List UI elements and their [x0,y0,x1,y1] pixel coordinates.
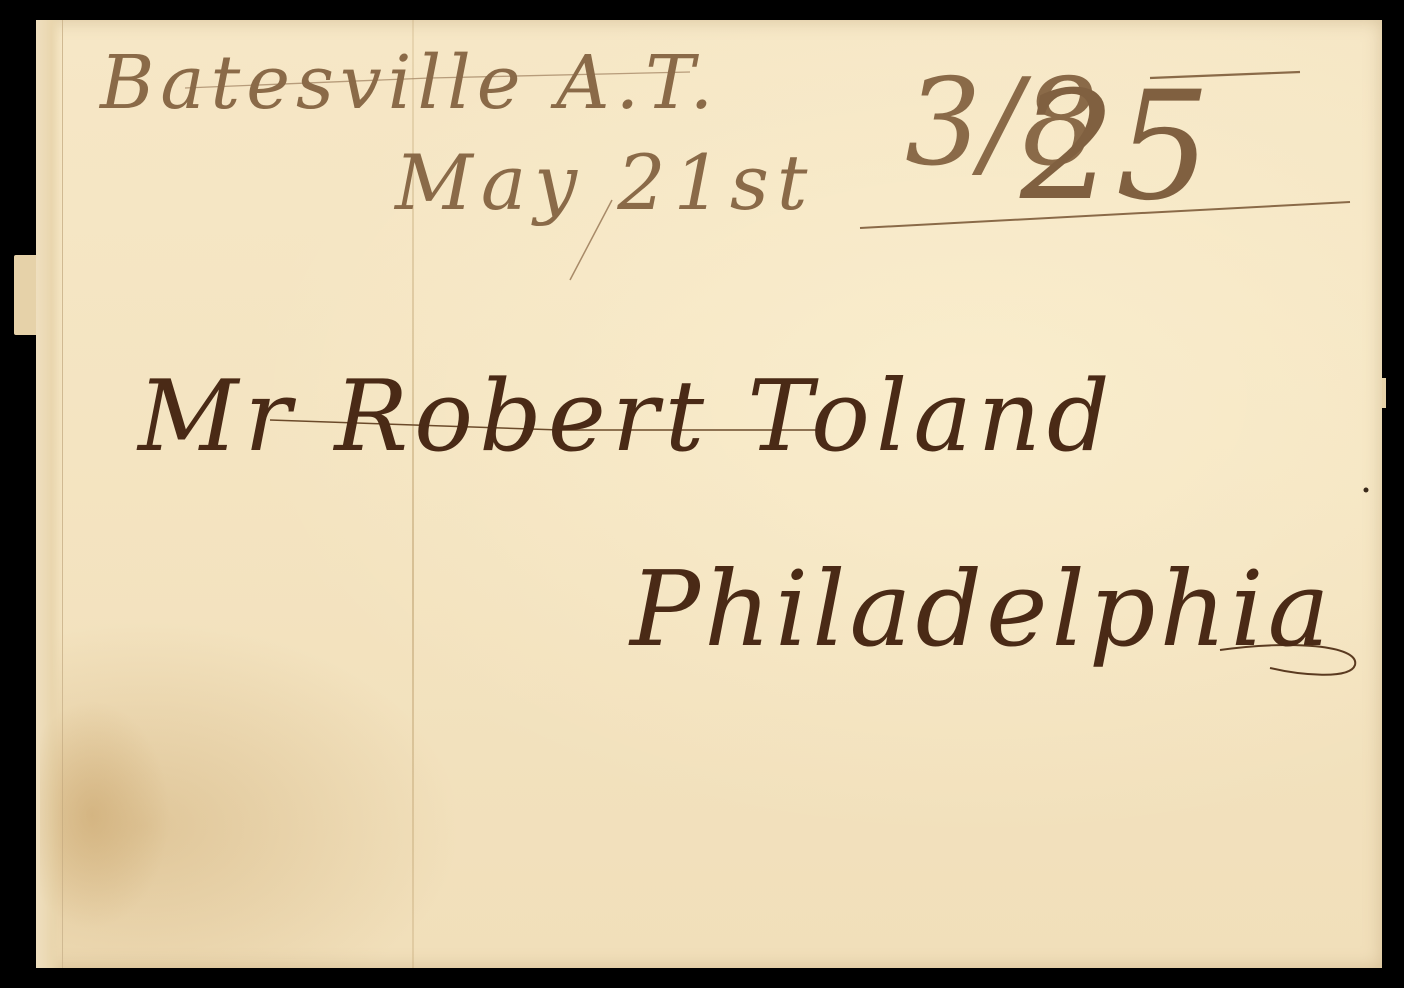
postmark-date: May 21st [395,138,815,227]
postmark-town: Batesville A.T. [100,40,719,126]
destination-city: Philadelphia [630,548,1334,670]
addressee-name: Mr Robert Toland [138,360,1116,474]
rate-amount: 25 [1020,60,1211,234]
